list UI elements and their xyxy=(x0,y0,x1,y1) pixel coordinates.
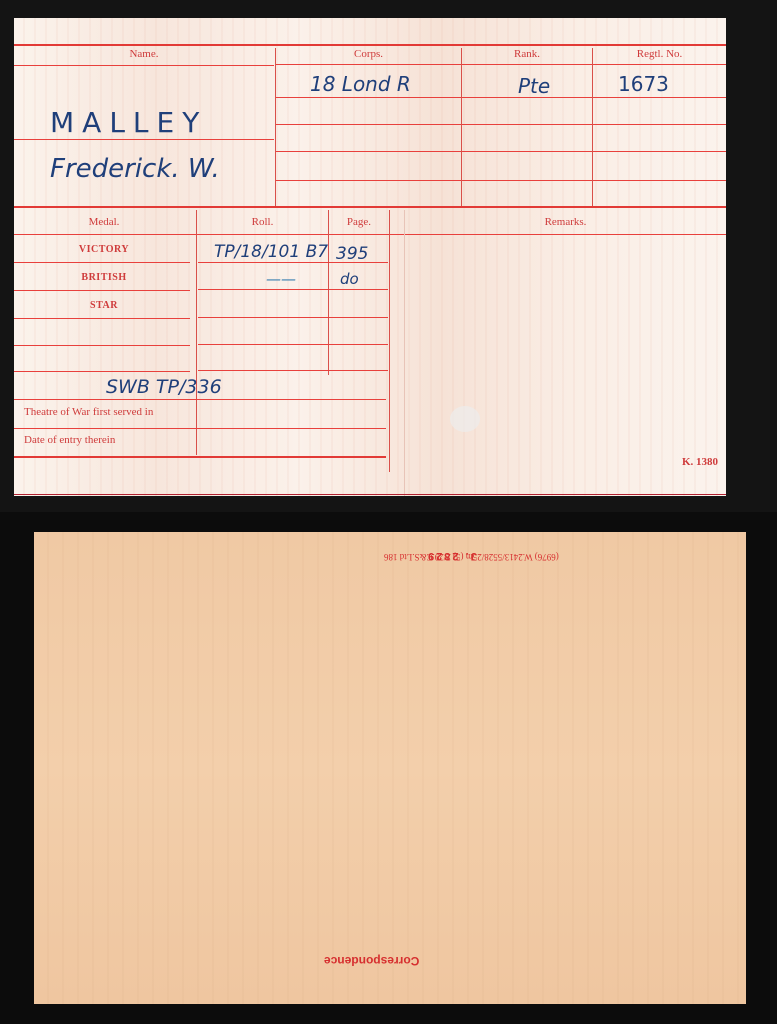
medal-star-label: STAR xyxy=(14,300,194,311)
page-header: Page. xyxy=(329,216,389,228)
forenames-handwritten: Frederick. W. xyxy=(50,154,220,184)
corps-handwritten: 18 Lond R xyxy=(310,72,411,96)
column-rule xyxy=(328,210,329,375)
medal-british-label: BRITISH xyxy=(14,272,194,283)
regtl-no-handwritten: 1673 xyxy=(618,72,669,96)
divider xyxy=(14,456,386,458)
divider xyxy=(276,64,726,65)
name-header: Name. xyxy=(14,48,274,60)
surname-handwritten: MALLEY xyxy=(50,106,207,139)
divider xyxy=(14,262,190,263)
corps-header: Corps. xyxy=(276,48,461,60)
divider xyxy=(276,151,726,152)
remarks-header: Remarks. xyxy=(405,216,726,228)
rank-handwritten: Pte xyxy=(518,74,550,98)
medal-header: Medal. xyxy=(14,216,194,228)
victory-page-handwritten: 395 xyxy=(336,244,368,264)
column-rule xyxy=(461,48,462,206)
date-of-entry-label: Date of entry therein xyxy=(24,434,115,446)
divider xyxy=(14,428,386,429)
card-edge xyxy=(14,494,726,495)
roll-header: Roll. xyxy=(197,216,328,228)
divider xyxy=(14,234,726,235)
divider xyxy=(14,206,726,208)
british-roll-handwritten: —— xyxy=(266,270,296,288)
divider xyxy=(276,180,726,181)
regtl-no-header: Regtl. No. xyxy=(593,48,726,60)
british-page-handwritten: do xyxy=(340,270,359,288)
rank-header: Rank. xyxy=(462,48,592,60)
divider xyxy=(198,317,388,318)
form-number: K. 1380 xyxy=(682,456,718,468)
medal-victory-label: VICTORY xyxy=(14,244,194,255)
divider xyxy=(14,399,386,400)
victory-roll-handwritten: TP/18/101 B7 xyxy=(214,242,328,262)
divider xyxy=(14,345,190,346)
column-rule xyxy=(592,48,593,206)
theatre-of-war-label: Theatre of War first served in xyxy=(24,406,153,418)
medal-card-back: (6976) W.2413/5528/25m (5) 2/29.C&S.Ltd … xyxy=(34,532,746,1004)
column-rule xyxy=(389,210,390,472)
column-rule xyxy=(275,48,276,206)
divider xyxy=(14,371,190,372)
watermark-stamp xyxy=(450,406,480,432)
extra-note-handwritten: SWB TP/336 xyxy=(106,376,222,398)
column-rule xyxy=(404,210,405,496)
divider xyxy=(276,97,726,98)
correspondence-label: Correspondence xyxy=(324,954,419,968)
form-reference: J. 2829 xyxy=(426,550,477,562)
divider xyxy=(14,65,274,66)
divider xyxy=(14,139,274,140)
divider xyxy=(14,290,190,291)
divider xyxy=(276,124,726,125)
column-rule xyxy=(196,210,197,455)
divider xyxy=(198,370,388,371)
medal-card-front: Name. Corps. Rank. Regtl. No. MALLEY Fre… xyxy=(14,18,726,496)
divider xyxy=(198,289,388,290)
divider xyxy=(14,44,726,46)
divider xyxy=(198,344,388,345)
divider xyxy=(14,318,190,319)
